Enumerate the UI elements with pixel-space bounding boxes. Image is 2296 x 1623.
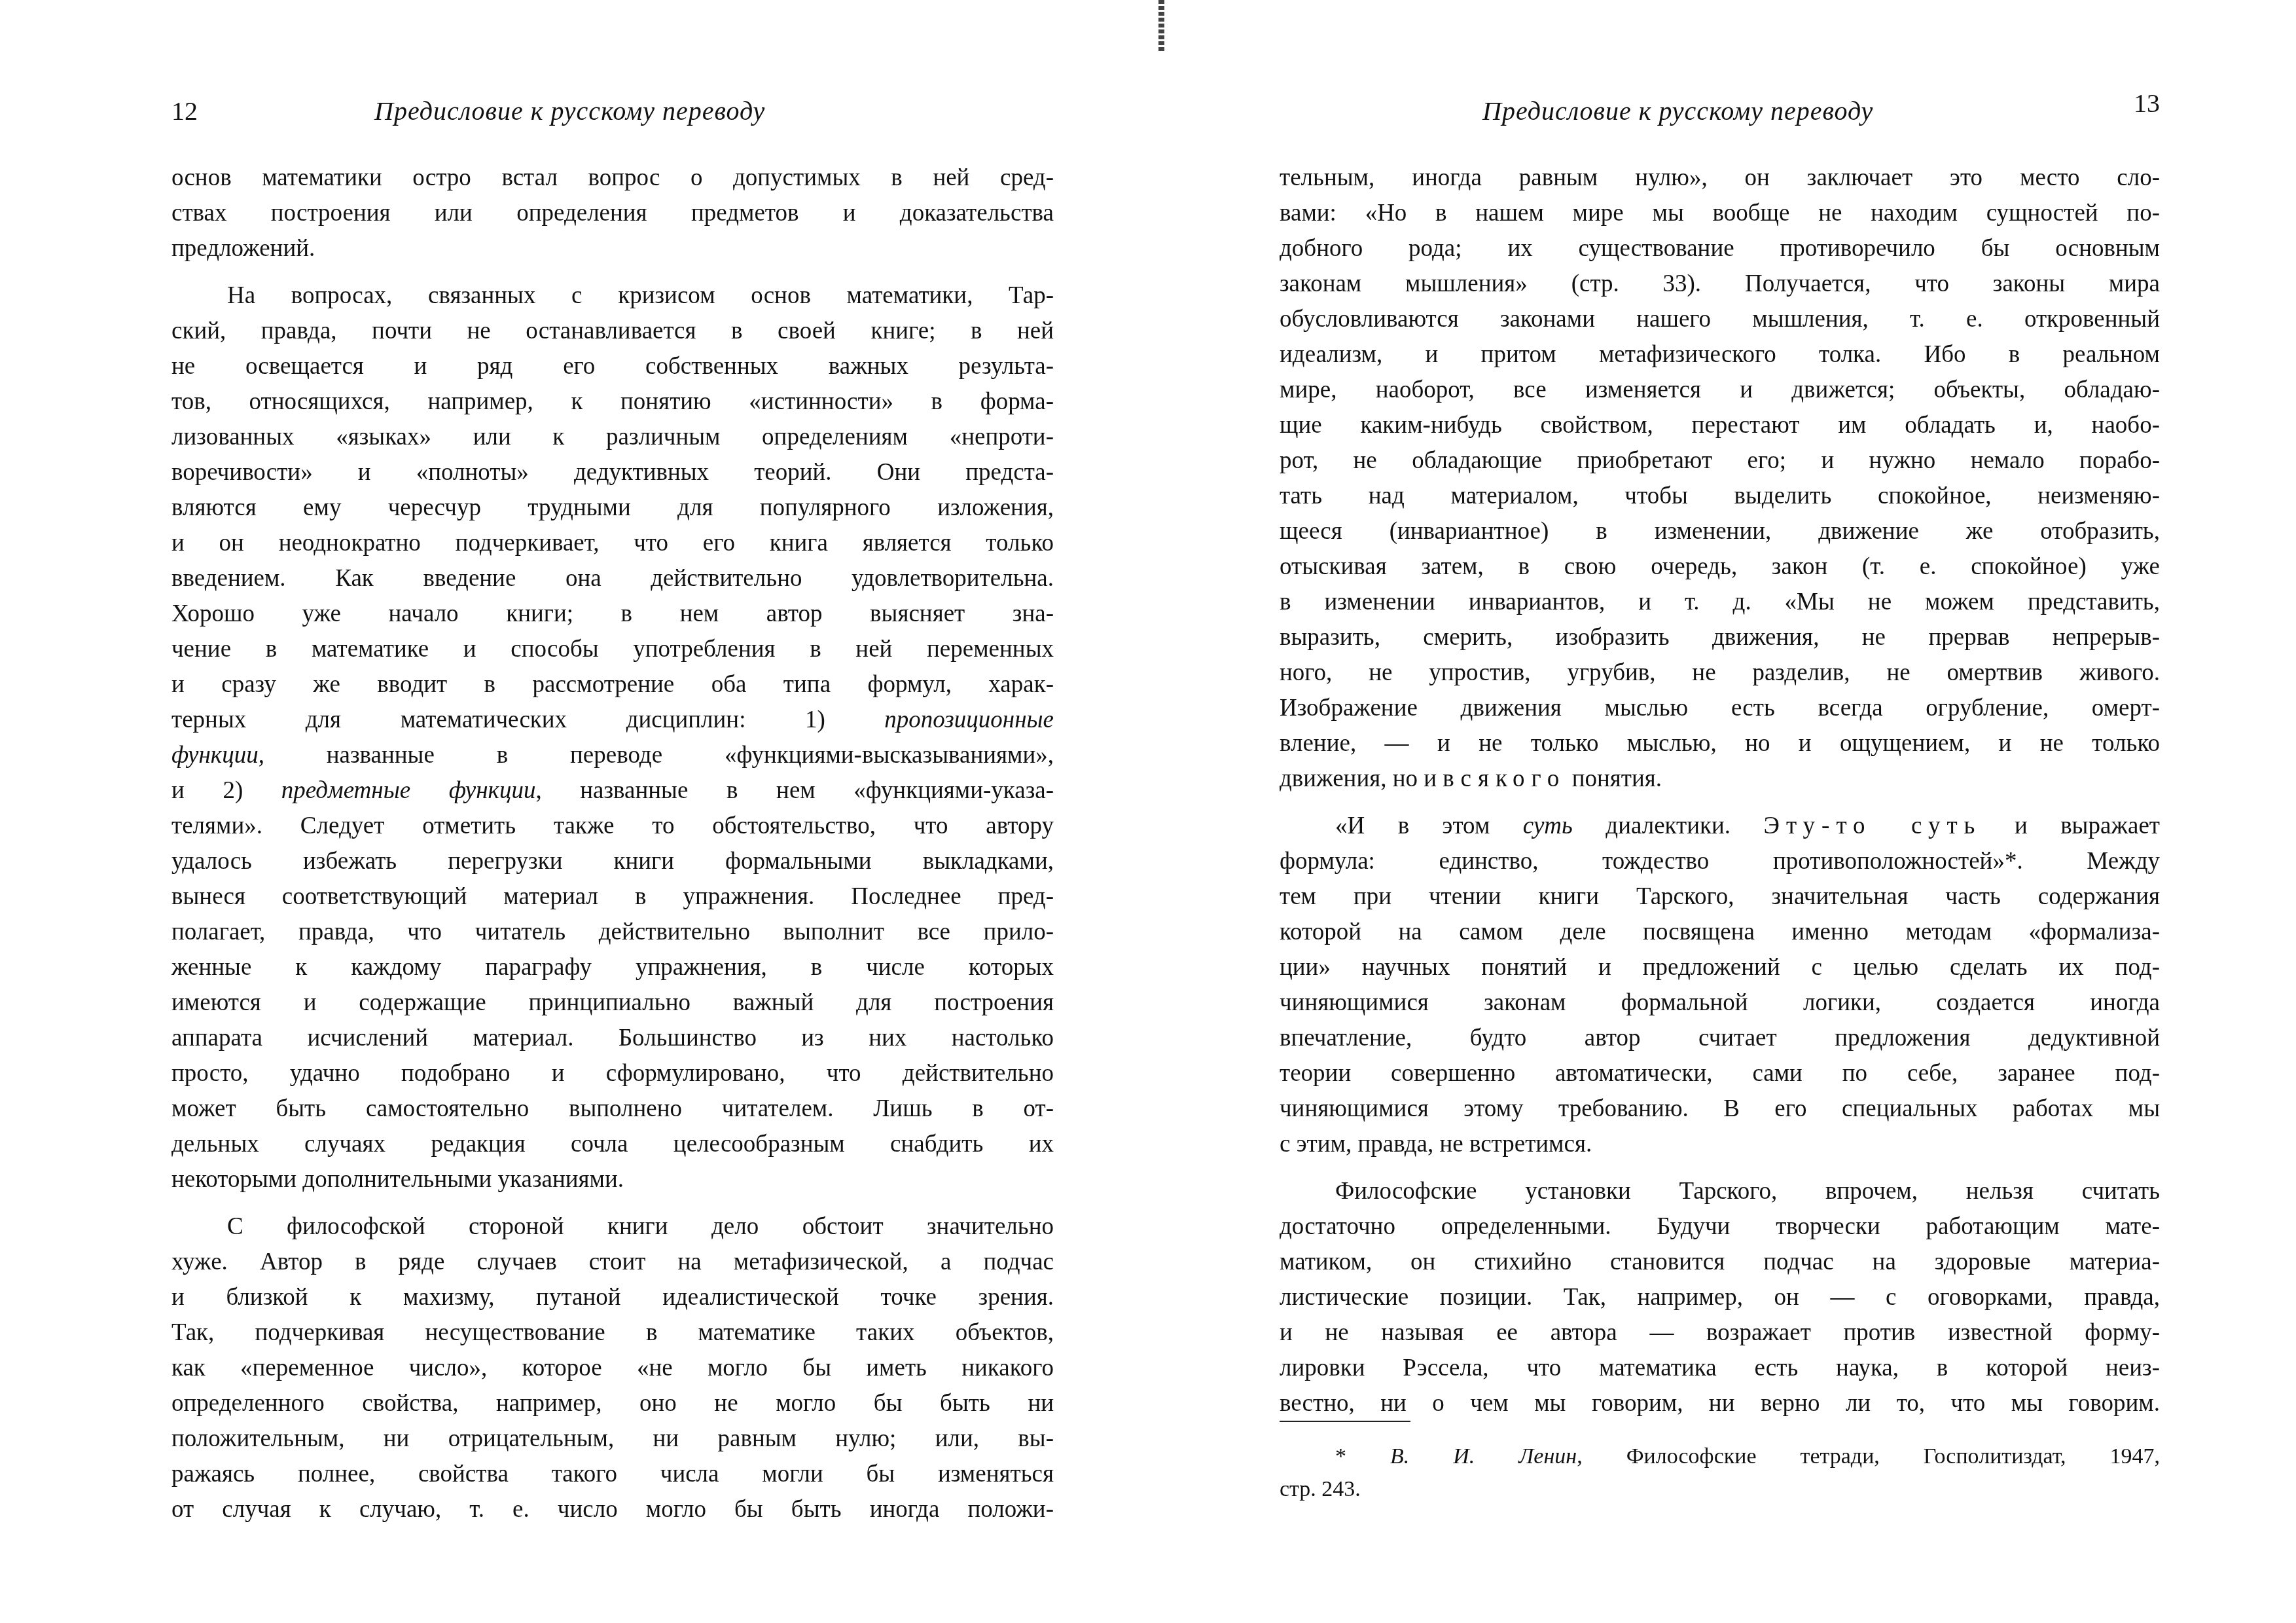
paragraph: основ математики остро встал вопрос о до… [171, 160, 1054, 266]
text-line: просто, удачно подобрано и сформулирован… [171, 1056, 1054, 1091]
text-line: мире, наоборот, все изменяется и движетс… [1280, 373, 2160, 408]
text-line: С философской стороной книги дело обстои… [171, 1209, 1054, 1245]
text-line: ский, правда, почти не останавливается в… [171, 314, 1054, 349]
footnote-line: * В. И. Ленин, Философские тетради, Госп… [1280, 1440, 2160, 1473]
footnote: * В. И. Ленин, Философские тетради, Госп… [1280, 1440, 2160, 1506]
text-line: и сразу же вводит в рассмотрение оба тип… [171, 667, 1054, 702]
paragraph: тельным, иногда равным нулю», он заключа… [1280, 160, 2160, 797]
binding-mark [1158, 0, 1164, 52]
text-line: которой на самом деле посвящена именно м… [1280, 915, 2160, 950]
text-line: теории совершенно автоматически, сами по… [1280, 1056, 2160, 1091]
text-line: матиком, он стихийно становится подчас н… [1280, 1245, 2160, 1280]
text-line: формула: единство, тождество противополо… [1280, 844, 2160, 879]
text-line: вестно, ни о чем мы говорим, ни верно ли… [1280, 1386, 2160, 1421]
text-line: некоторыми дополнительными указаниями. [171, 1162, 1054, 1197]
text-line: чиняющимися этому требованию. В его спец… [1280, 1091, 2160, 1127]
text-line: аппарата исчислений материал. Большинств… [171, 1021, 1054, 1056]
text-line: предложений. [171, 231, 1054, 266]
text-line: и он неоднократно подчеркивает, что его … [171, 526, 1054, 561]
text-line: рот, не обладающие приобретают его; и ну… [1280, 443, 2160, 479]
footnote-rule [1280, 1421, 1410, 1422]
spaced-emphasis: всякого [1443, 765, 1566, 792]
text-line: женные к каждому параграфу упражнения, в… [171, 950, 1054, 985]
text-line: На вопросах, связанных с кризисом основ … [171, 278, 1054, 314]
text-line: хуже. Автор в ряде случаев стоит на мета… [171, 1245, 1054, 1280]
text-line: тем при чтении книги Тарского, значитель… [1280, 879, 2160, 915]
text-line: и не называя ее автора — возражает проти… [1280, 1315, 2160, 1351]
text-line: тать над материалом, чтобы выделить спок… [1280, 479, 2160, 514]
text-line-with-italic: функции, названные в переводе «функциями… [171, 738, 1054, 773]
running-head: 12 Предисловие к русскому переводу [171, 92, 1054, 131]
text-line: тельным, иногда равным нулю», он заключа… [1280, 160, 2160, 196]
text-line: ражаясь полнее, свойства такого числа мо… [171, 1457, 1054, 1492]
running-head-title: Предисловие к русскому переводу [1482, 92, 1873, 131]
text-line: удалось избежать перегрузки книги формал… [171, 844, 1054, 879]
text-line: щееся (инвариантное) в изменении, движен… [1280, 514, 2160, 549]
text-line: достаточно определенными. Будучи творчес… [1280, 1209, 2160, 1245]
text-line: обусловливаются законами нашего мышления… [1280, 302, 2160, 337]
page-body: основ математики остро встал вопрос о до… [171, 160, 1054, 1527]
text-line: Так, подчеркивая несуществование в матем… [171, 1315, 1054, 1351]
text-line: от случая к случаю, т. е. число могло бы… [171, 1492, 1054, 1527]
text-line: добного рода; их существование противоре… [1280, 231, 2160, 266]
text-line: тов, относящихся, например, к понятию «и… [171, 384, 1054, 420]
text-line: отыскивая затем, в свою очередь, закон (… [1280, 549, 2160, 585]
italic-term: суть [1523, 812, 1573, 839]
text-line: не освещается и ряд его собственных важн… [171, 349, 1054, 384]
page-body: тельным, иногда равным нулю», он заключа… [1280, 160, 2160, 1421]
paragraph: С философской стороной книги дело обстои… [171, 1209, 1054, 1527]
text-line: основ математики остро встал вопрос о до… [171, 160, 1054, 196]
text-line-with-italic: и 2) предметные функции, названные в нем… [171, 773, 1054, 809]
text-line: выразить, смерить, изобразить движения, … [1280, 620, 2160, 655]
text-line: ного, не упростив, угрубив, не разделив,… [1280, 655, 2160, 691]
text-line: листические позиции. Так, например, он —… [1280, 1280, 2160, 1315]
text-line: как «переменное число», которое «не могл… [171, 1351, 1054, 1386]
page-number: 12 [171, 92, 198, 131]
text-line: лизованных «языках» или к различным опре… [171, 420, 1054, 455]
text-line: вынеся соответствующий материал в упражн… [171, 879, 1054, 915]
running-head: Предисловие к русскому переводу 13 [1280, 92, 2160, 131]
spaced-emphasis: Эту-то суть [1763, 812, 1981, 839]
text-line: дельных случаях редакция сочла целесообр… [171, 1127, 1054, 1162]
text-line: ствах построения или определения предмет… [171, 196, 1054, 231]
text-line: щие каким-нибудь свойством, перестают им… [1280, 408, 2160, 443]
text-line: воречивости» и «полноты» дедуктивных тео… [171, 455, 1054, 490]
running-head-title: Предисловие к русскому переводу [374, 92, 765, 131]
text-line: вление, — и не только мыслью, но и ощуще… [1280, 726, 2160, 761]
text-line: Хорошо уже начало книги; в нем автор выя… [171, 596, 1054, 632]
page-number: 13 [2134, 84, 2160, 123]
paragraph: На вопросах, связанных с кризисом основ … [171, 278, 1054, 1197]
text-line: Философские установки Тарского, впрочем,… [1280, 1174, 2160, 1209]
italic-term: пропозиционные [884, 706, 1054, 733]
text-line: положительным, ни отрицательным, ни равн… [171, 1421, 1054, 1457]
footnote-marker: * [1335, 1444, 1346, 1468]
footnote-line: стр. 243. [1280, 1473, 2160, 1506]
text-line: впечатление, будто автор считает предлож… [1280, 1021, 2160, 1056]
text-line-with-italic: терных для математических дисциплин: 1) … [171, 702, 1054, 738]
paragraph: Философские установки Тарского, впрочем,… [1280, 1174, 2160, 1421]
footnote-author: В. И. Ленин [1390, 1444, 1577, 1468]
text-line: ции» научных понятий и предложений с цел… [1280, 950, 2160, 985]
paragraph: «И в этом суть диалектики. Эту-то суть и… [1280, 809, 2160, 1162]
text-line: и близкой к махизму, путаной идеалистиче… [171, 1280, 1054, 1315]
text-line: Изображение движения мыслью есть всегда … [1280, 691, 2160, 726]
text-line: в изменении инвариантов, и т. д. «Мы не … [1280, 585, 2160, 620]
text-line: имеются и содержащие принципиально важны… [171, 985, 1054, 1021]
text-line: вами: «Но в нашем мире мы вообще не нахо… [1280, 196, 2160, 231]
text-line: полагает, правда, что читатель действите… [171, 915, 1054, 950]
text-line: может быть самостоятельно выполнено чита… [171, 1091, 1054, 1127]
italic-term: предметные функции [281, 777, 536, 804]
text-line: введением. Как введение она действительн… [171, 561, 1054, 596]
text-line: с этим, правда, не встретимся. [1280, 1127, 2160, 1162]
text-line: чение в математике и способы употреблени… [171, 632, 1054, 667]
text-line: вляются ему чересчур трудными для популя… [171, 490, 1054, 526]
text-line: телями». Следует отметить также то обсто… [171, 809, 1054, 844]
text-line: идеализм, и притом метафизического толка… [1280, 337, 2160, 373]
text-line-with-italic: «И в этом суть диалектики. Эту-то суть и… [1280, 809, 2160, 844]
text-line: определенного свойства, например, оно не… [171, 1386, 1054, 1421]
text-line-spaced: движения, но и всякого понятия. [1280, 761, 2160, 797]
italic-term: функции [171, 742, 259, 769]
text-line: лировки Рэссела, что математика есть нау… [1280, 1351, 2160, 1386]
text-line: чиняющимися законам формальной логики, с… [1280, 985, 2160, 1021]
text-line: законам мышления» (стр. 33). Получается,… [1280, 266, 2160, 302]
